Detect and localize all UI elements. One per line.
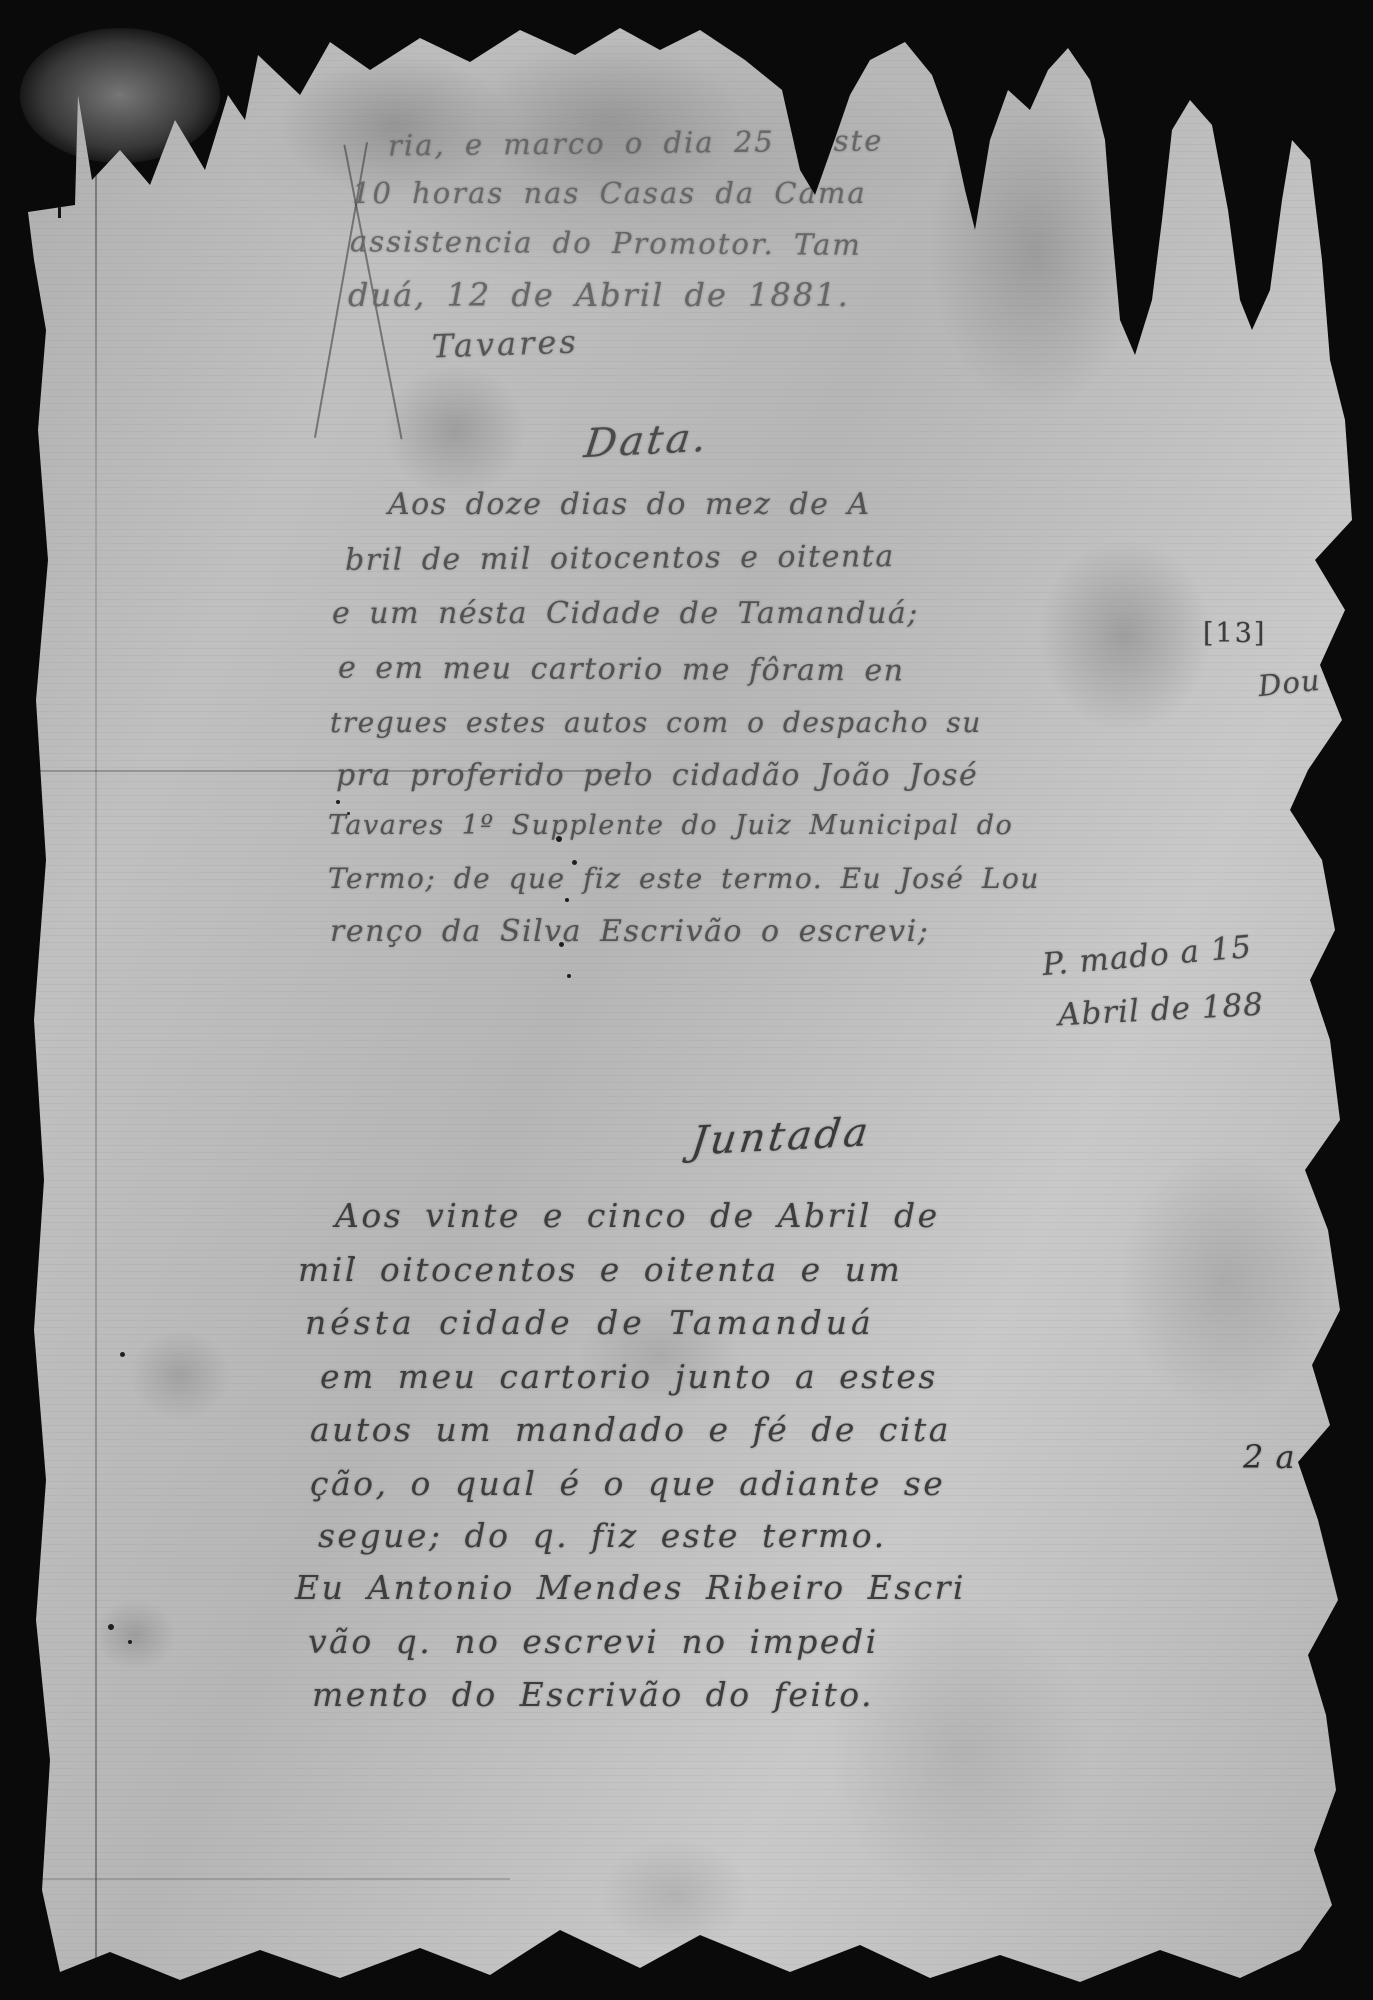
data-line: renço da Silva Escrivão o escrevi; <box>330 914 929 949</box>
margin-note-date-line1: P. mado a 15 <box>1041 929 1254 983</box>
margin-note-date-line2: Abril de 188 <box>1057 987 1265 1034</box>
fragment-line: assistencia do Promotor. Tam <box>350 224 862 262</box>
paper-stain <box>930 90 1140 410</box>
folio-number: [13] <box>1203 618 1266 649</box>
juntada-line: em meu cartorio junto a estes <box>320 1357 938 1396</box>
paper-stain <box>280 55 510 195</box>
data-line: e um nésta Cidade de Tamanduá; <box>332 596 919 631</box>
fragment-line: 10 horas nas Casas da Cama <box>352 176 867 210</box>
paper-stain <box>385 365 525 495</box>
paper-stain <box>130 1330 230 1420</box>
data-line: e em meu cartorio me fôram en <box>338 651 905 689</box>
juntada-line: ção, o qual é o que adiante se <box>310 1464 945 1503</box>
margin-note-dou: Dou <box>1256 663 1322 703</box>
section-heading-juntada: Juntada <box>688 1109 873 1164</box>
paper-stain <box>95 1600 175 1670</box>
paper-stain <box>1120 1150 1330 1410</box>
juntada-line: vão q. no escrevi no impedi <box>308 1622 879 1661</box>
juntada-line: autos um mandado e fé de cita <box>310 1410 951 1449</box>
juntada-line: mil oitocentos e oitenta e um <box>298 1250 902 1289</box>
juntada-line: mento do Escrivão do feito. <box>312 1675 874 1714</box>
paper-stain <box>600 1840 750 1950</box>
ink-dot <box>567 974 571 978</box>
signature-tavares: Tavares <box>431 322 579 365</box>
juntada-line: segue; do q. fiz este termo. <box>318 1516 887 1555</box>
ink-dot <box>565 898 569 902</box>
corner-stain <box>20 28 220 163</box>
paper-stain <box>1040 540 1210 730</box>
fragment-line: duá, 12 de Abril de 1881. <box>348 276 850 314</box>
data-line: Tavares 1º Supplente do Juiz Municipal d… <box>328 810 1013 841</box>
manuscript-page: ria, e marco o dia 25 deste 10 horas nas… <box>0 0 1373 2000</box>
data-line: Termo; de que fiz este termo. Eu José Lo… <box>328 862 1040 895</box>
juntada-line: Aos vinte e cinco de Abril de <box>335 1196 940 1235</box>
juntada-line: nésta cidade de Tamanduá <box>305 1303 875 1342</box>
data-line: Aos doze dias do mez de A <box>388 487 871 522</box>
data-line: bril de mil oitocentos e oitenta <box>345 539 895 578</box>
document-scan: ria, e marco o dia 25 deste 10 horas nas… <box>0 0 1373 2000</box>
margin-figure: 2 a <box>1243 1438 1296 1476</box>
juntada-line: Eu Antonio Mendes Ribeiro Escri <box>295 1568 966 1607</box>
data-line: tregues estes autos com o despacho su <box>330 706 982 739</box>
ink-dot <box>128 1640 132 1644</box>
fold-line-vertical <box>95 0 97 2000</box>
ink-dot <box>120 1352 125 1357</box>
crease-line <box>40 1878 510 1880</box>
section-heading-data: Data. <box>582 415 712 467</box>
data-line: pra proferido pelo cidadão João José <box>336 758 978 793</box>
ink-dot <box>108 1624 114 1630</box>
ink-dot <box>336 800 340 804</box>
fragment-line: ria, e marco o dia 25 deste <box>388 123 884 162</box>
